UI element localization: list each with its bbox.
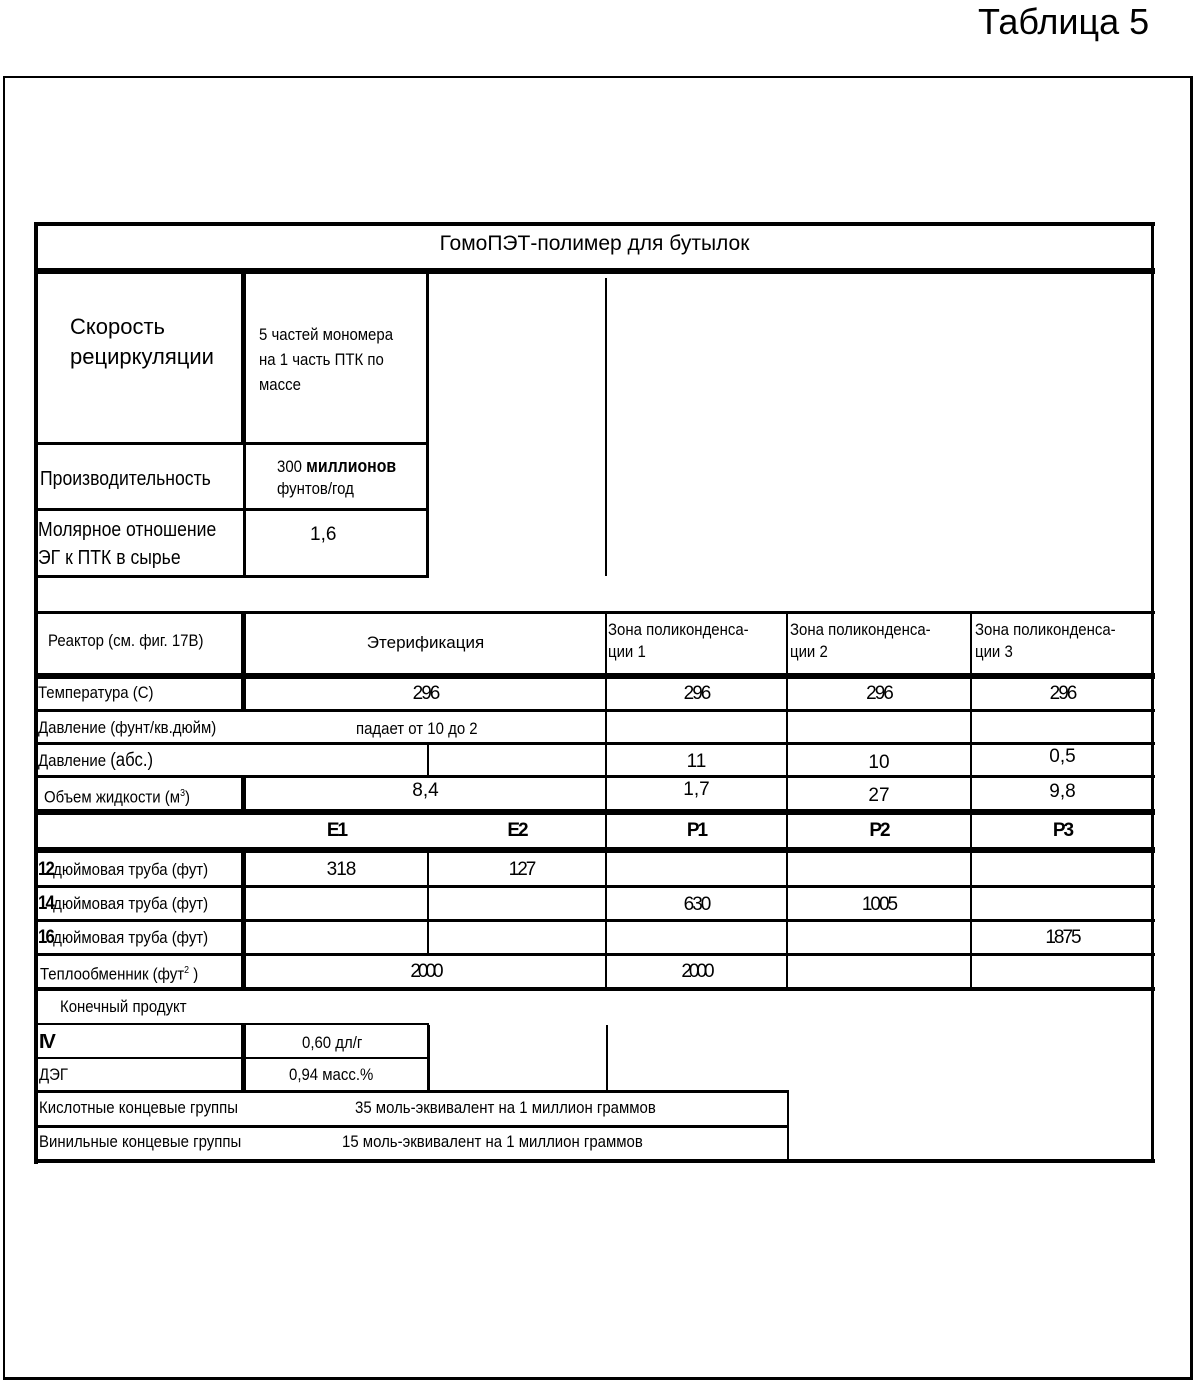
liquid-volume-label: Объем жидкости (м3) [44, 783, 210, 809]
table-border-right [1151, 222, 1154, 990]
table-border-bottom [34, 1159, 1155, 1163]
zone-3-header: Зона поликонденса-ции 3 [975, 619, 1135, 663]
liquid-volume-zone-3: 9,8 [972, 781, 1153, 803]
pipe-16-p3: 1875 [972, 927, 1153, 949]
reactor-label: Реактор (см. фиг. 17В) [48, 630, 225, 652]
divider [36, 1057, 429, 1059]
divider [1151, 990, 1154, 1162]
heat-exchanger-p1: 2000 [607, 961, 786, 983]
divider [36, 1023, 429, 1025]
acid-end-groups-value: 35 моль-эквивалент на 1 миллион граммов [355, 1097, 697, 1119]
liquid-volume-zone-2: 27 [788, 785, 970, 807]
page-title: Таблица 5 [978, 2, 1149, 42]
temperature-zone-1: 296 [607, 683, 786, 705]
table-caption: ГомоПЭТ-полимер для бутылок [38, 232, 1151, 256]
divider [34, 847, 1155, 853]
table-border-top [34, 222, 1155, 226]
pipe-12-e1: 318 [246, 859, 436, 881]
recirculation-value: 5 частей мономера на 1 часть ПТК по масс… [259, 322, 411, 397]
recirculation-label: Скорость рециркуляции [70, 312, 214, 372]
vinyl-end-groups-label: Винильные концевые группы [39, 1131, 269, 1153]
acid-end-groups-label: Кислотные концевые группы [39, 1097, 265, 1119]
divider [427, 743, 429, 776]
divider [241, 274, 246, 444]
divider [34, 709, 1155, 712]
divider [36, 508, 429, 511]
unit-header-e2: E2 [429, 820, 605, 842]
zone-2-header: Зона поликонденса-ции 2 [790, 619, 950, 663]
heat-exchanger-label: Теплообменник (фут2 ) [40, 960, 220, 986]
divider [606, 1025, 608, 1091]
divider [34, 673, 1155, 679]
pipe-12-label: 12дюймовая труба (фут) [38, 859, 231, 881]
pipe-14-p1: 630 [607, 894, 786, 916]
pressure-abs-zone-2: 10 [788, 752, 970, 774]
pressure-abs-zone-1: 11 [607, 751, 786, 773]
caption-divider [34, 268, 1155, 274]
molar-ratio-value: 1,6 [310, 524, 336, 546]
deg-value: 0,94 масс.% [246, 1064, 427, 1086]
divider [34, 987, 1155, 991]
deg-label: ДЭГ [39, 1064, 72, 1086]
pipe-12-e2: 127 [429, 859, 614, 881]
divider [34, 953, 1155, 956]
pipe-14-label: 14дюймовая труба (фут) [38, 893, 231, 915]
unit-header-p2: P2 [788, 820, 970, 842]
unit-header-p1: P1 [607, 820, 786, 842]
temperature-label: Температура (С) [38, 682, 169, 704]
productivity-value: 300 миллионов фунтов/год [277, 455, 412, 500]
pressure-psi-esterification: падает от 10 до 2 [246, 718, 605, 740]
pressure-abs-label: Давление (абс.) [38, 750, 169, 772]
divider [36, 1125, 789, 1128]
iv-label: IV [39, 1031, 54, 1053]
divider [34, 775, 1155, 778]
unit-header-p3: P3 [972, 820, 1153, 842]
pressure-abs-zone-3: 0,5 [972, 746, 1153, 768]
pipe-14-p2: 1005 [788, 894, 970, 916]
divider [36, 1090, 789, 1093]
final-product-heading: Конечный продукт [60, 996, 204, 1018]
productivity-label: Производительность [40, 468, 234, 490]
divider [36, 442, 429, 445]
divider [36, 575, 429, 578]
divider [34, 742, 1155, 745]
unit-header-e1: E1 [246, 820, 427, 842]
esterification-header: Этерификация [246, 632, 605, 654]
temperature-esterification: 296 [246, 683, 605, 705]
heat-exchanger-esterification: 2000 [246, 961, 605, 983]
pipe-16-label: 16дюймовая труба (фут) [38, 927, 231, 949]
divider [34, 611, 1155, 614]
zone-1-header: Зона поликонденса-ции 1 [608, 619, 768, 663]
liquid-volume-esterification: 8,4 [246, 780, 605, 802]
divider [34, 809, 1155, 815]
divider [34, 919, 1155, 922]
temperature-zone-3: 296 [972, 683, 1153, 705]
divider [34, 885, 1155, 888]
divider [426, 274, 429, 576]
vinyl-end-groups-value: 15 моль-эквивалент на 1 миллион граммов [342, 1131, 684, 1153]
pressure-psi-label: Давление (фунт/кв.дюйм) [38, 717, 241, 739]
liquid-volume-zone-1: 1,7 [607, 779, 786, 801]
iv-value: 0,60 дл/г [246, 1032, 427, 1054]
divider [605, 278, 607, 576]
temperature-zone-2: 296 [788, 683, 970, 705]
molar-ratio-label: Молярное отношение ЭГ к ПТК в сырье [38, 516, 241, 572]
